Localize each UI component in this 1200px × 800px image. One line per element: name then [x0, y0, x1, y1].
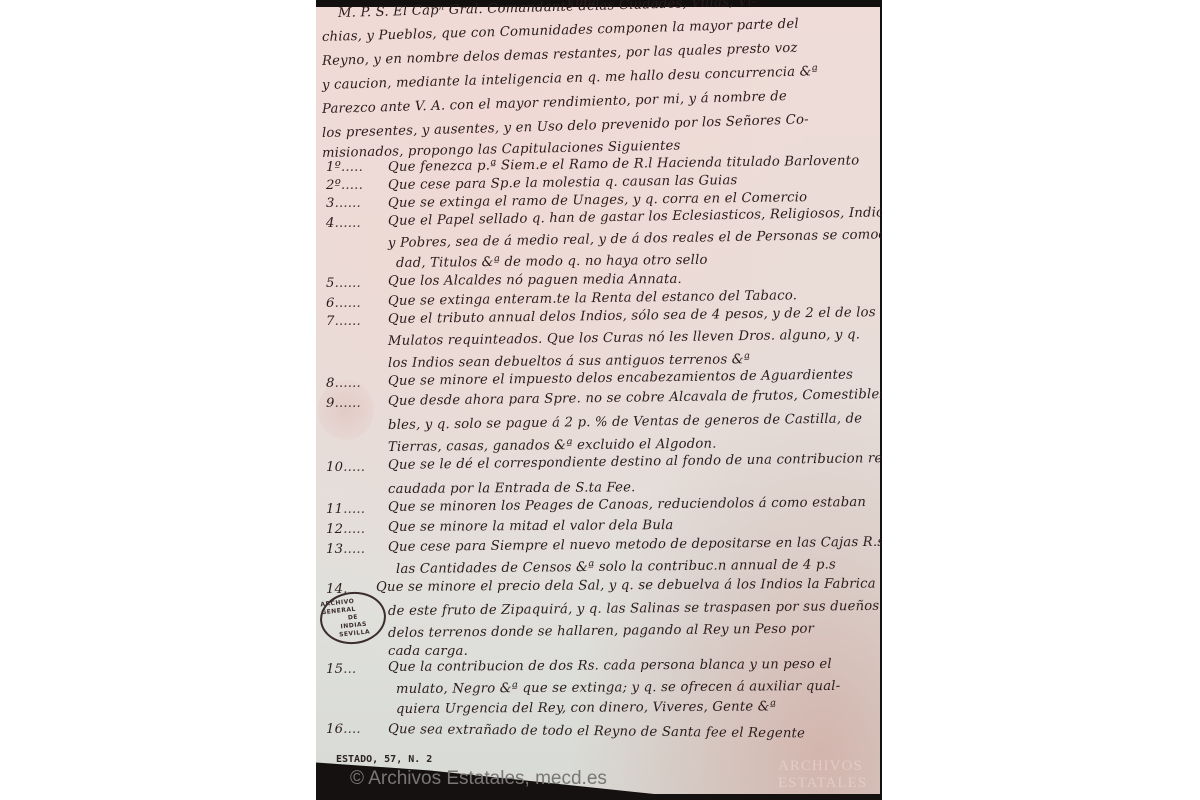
- item-text: de este fruto de Zipaquirá, y q. las Sal…: [388, 599, 880, 619]
- manuscript-scan: Villa M. P. S. El Capⁿ Gral. Comandante …: [316, 0, 882, 800]
- archive-reference: ESTADO, 57, N. 2: [336, 754, 432, 765]
- header-line: los presentes, y ausentes, y en Uso delo…: [322, 112, 809, 141]
- item-text: Que sea extrañado de todo el Reyno de Sa…: [388, 722, 805, 741]
- item-text: y Pobres, sea de á medio real, y de á do…: [388, 227, 882, 251]
- item-text: Que desde ahora para Spre. no se cobre A…: [388, 387, 882, 409]
- item-text: los Indios sean debueltos á sus antiguos…: [388, 352, 750, 371]
- manuscript-text: Villa M. P. S. El Capⁿ Gral. Comandante …: [316, 0, 880, 800]
- header-line: chias, y Pueblos, que con Comunidades co…: [322, 17, 799, 45]
- watermark: ARCHIVOS ESTATALES: [778, 758, 867, 792]
- item-text: mulato, Negro &ª que se extinga; y q. se…: [396, 679, 840, 697]
- item-text: Que se le dé el correspondiente destino …: [388, 451, 882, 473]
- item-text: las Cantidades de Censos &ª solo la cont…: [396, 557, 836, 577]
- item-text: cada carga.: [388, 644, 468, 659]
- item-text: quiera Urgencia del Rey, con dinero, Viv…: [396, 699, 776, 717]
- item-number: 10.....: [326, 460, 365, 475]
- item-text: Mulatos requinteados. Que los Curas nó l…: [388, 327, 860, 349]
- item-number: 1º.....: [326, 160, 363, 175]
- header-line: M. P. S. El Capⁿ Gral. Comandante delas …: [338, 0, 757, 21]
- item-number: 7......: [326, 314, 361, 329]
- item-number: 8......: [326, 376, 361, 391]
- item-number: 16....: [326, 722, 361, 737]
- item-text: Tierras, casas, ganados &ª excluido el A…: [388, 437, 717, 455]
- watermark-line: ESTATALES: [778, 775, 867, 792]
- header-line: Reyno, y en nombre delos demas restantes…: [322, 41, 798, 69]
- item-text: Que el tributo annual delos Indios, sólo…: [388, 305, 876, 327]
- item-number: 6......: [326, 296, 361, 311]
- item-number: 5......: [326, 276, 361, 291]
- item-text: Que se minore la mitad el valor dela Bul…: [388, 518, 674, 535]
- item-number: 4......: [326, 216, 361, 231]
- item-number: 11.....: [326, 502, 365, 517]
- item-number: 2º.....: [326, 178, 363, 193]
- item-number: 12.....: [326, 522, 365, 537]
- copyright-notice: © Archivos Estatales, mecd.es: [350, 768, 607, 790]
- watermark-line: ARCHIVOS: [778, 758, 867, 775]
- item-text: caudada por la Entrada de S.ta Fee.: [388, 480, 636, 497]
- header-line: y caucion, mediante la inteligencia en q…: [322, 64, 818, 93]
- item-text: Que cese para Siempre el nuevo metodo de…: [388, 535, 882, 555]
- item-text: bles, y q. solo se pague á 2 p. % de Ven…: [388, 411, 862, 433]
- item-number: 9......: [326, 396, 361, 411]
- item-number: 15...: [326, 662, 356, 677]
- item-number: 3......: [326, 196, 361, 211]
- item-text: Que se extinga enteram.te la Renta del e…: [388, 288, 797, 309]
- header-line: Parezco ante V. A. con el mayor rendimie…: [322, 89, 787, 117]
- item-text: Que se minore el precio dela Sal, y q. s…: [376, 577, 876, 595]
- stamp-line: SEVILLA: [339, 628, 371, 639]
- item-text: Que se minore el impuesto delos encabeza…: [388, 368, 853, 389]
- item-text: Que los Alcaldes nó paguen media Annata.: [388, 272, 682, 289]
- item-text: dad, Titulos &ª de modo q. no haya otro …: [396, 253, 708, 271]
- item-text: Que se minoren los Peages de Canoas, red…: [388, 495, 866, 515]
- item-text: Que cese para Sp.e la molestia q. causan…: [388, 173, 738, 193]
- item-text: Que la contribucion de dos Rs. cada pers…: [388, 657, 832, 675]
- item-number: 13.....: [326, 542, 365, 557]
- item-text: delos terrenos donde se hallaren, pagand…: [388, 622, 814, 641]
